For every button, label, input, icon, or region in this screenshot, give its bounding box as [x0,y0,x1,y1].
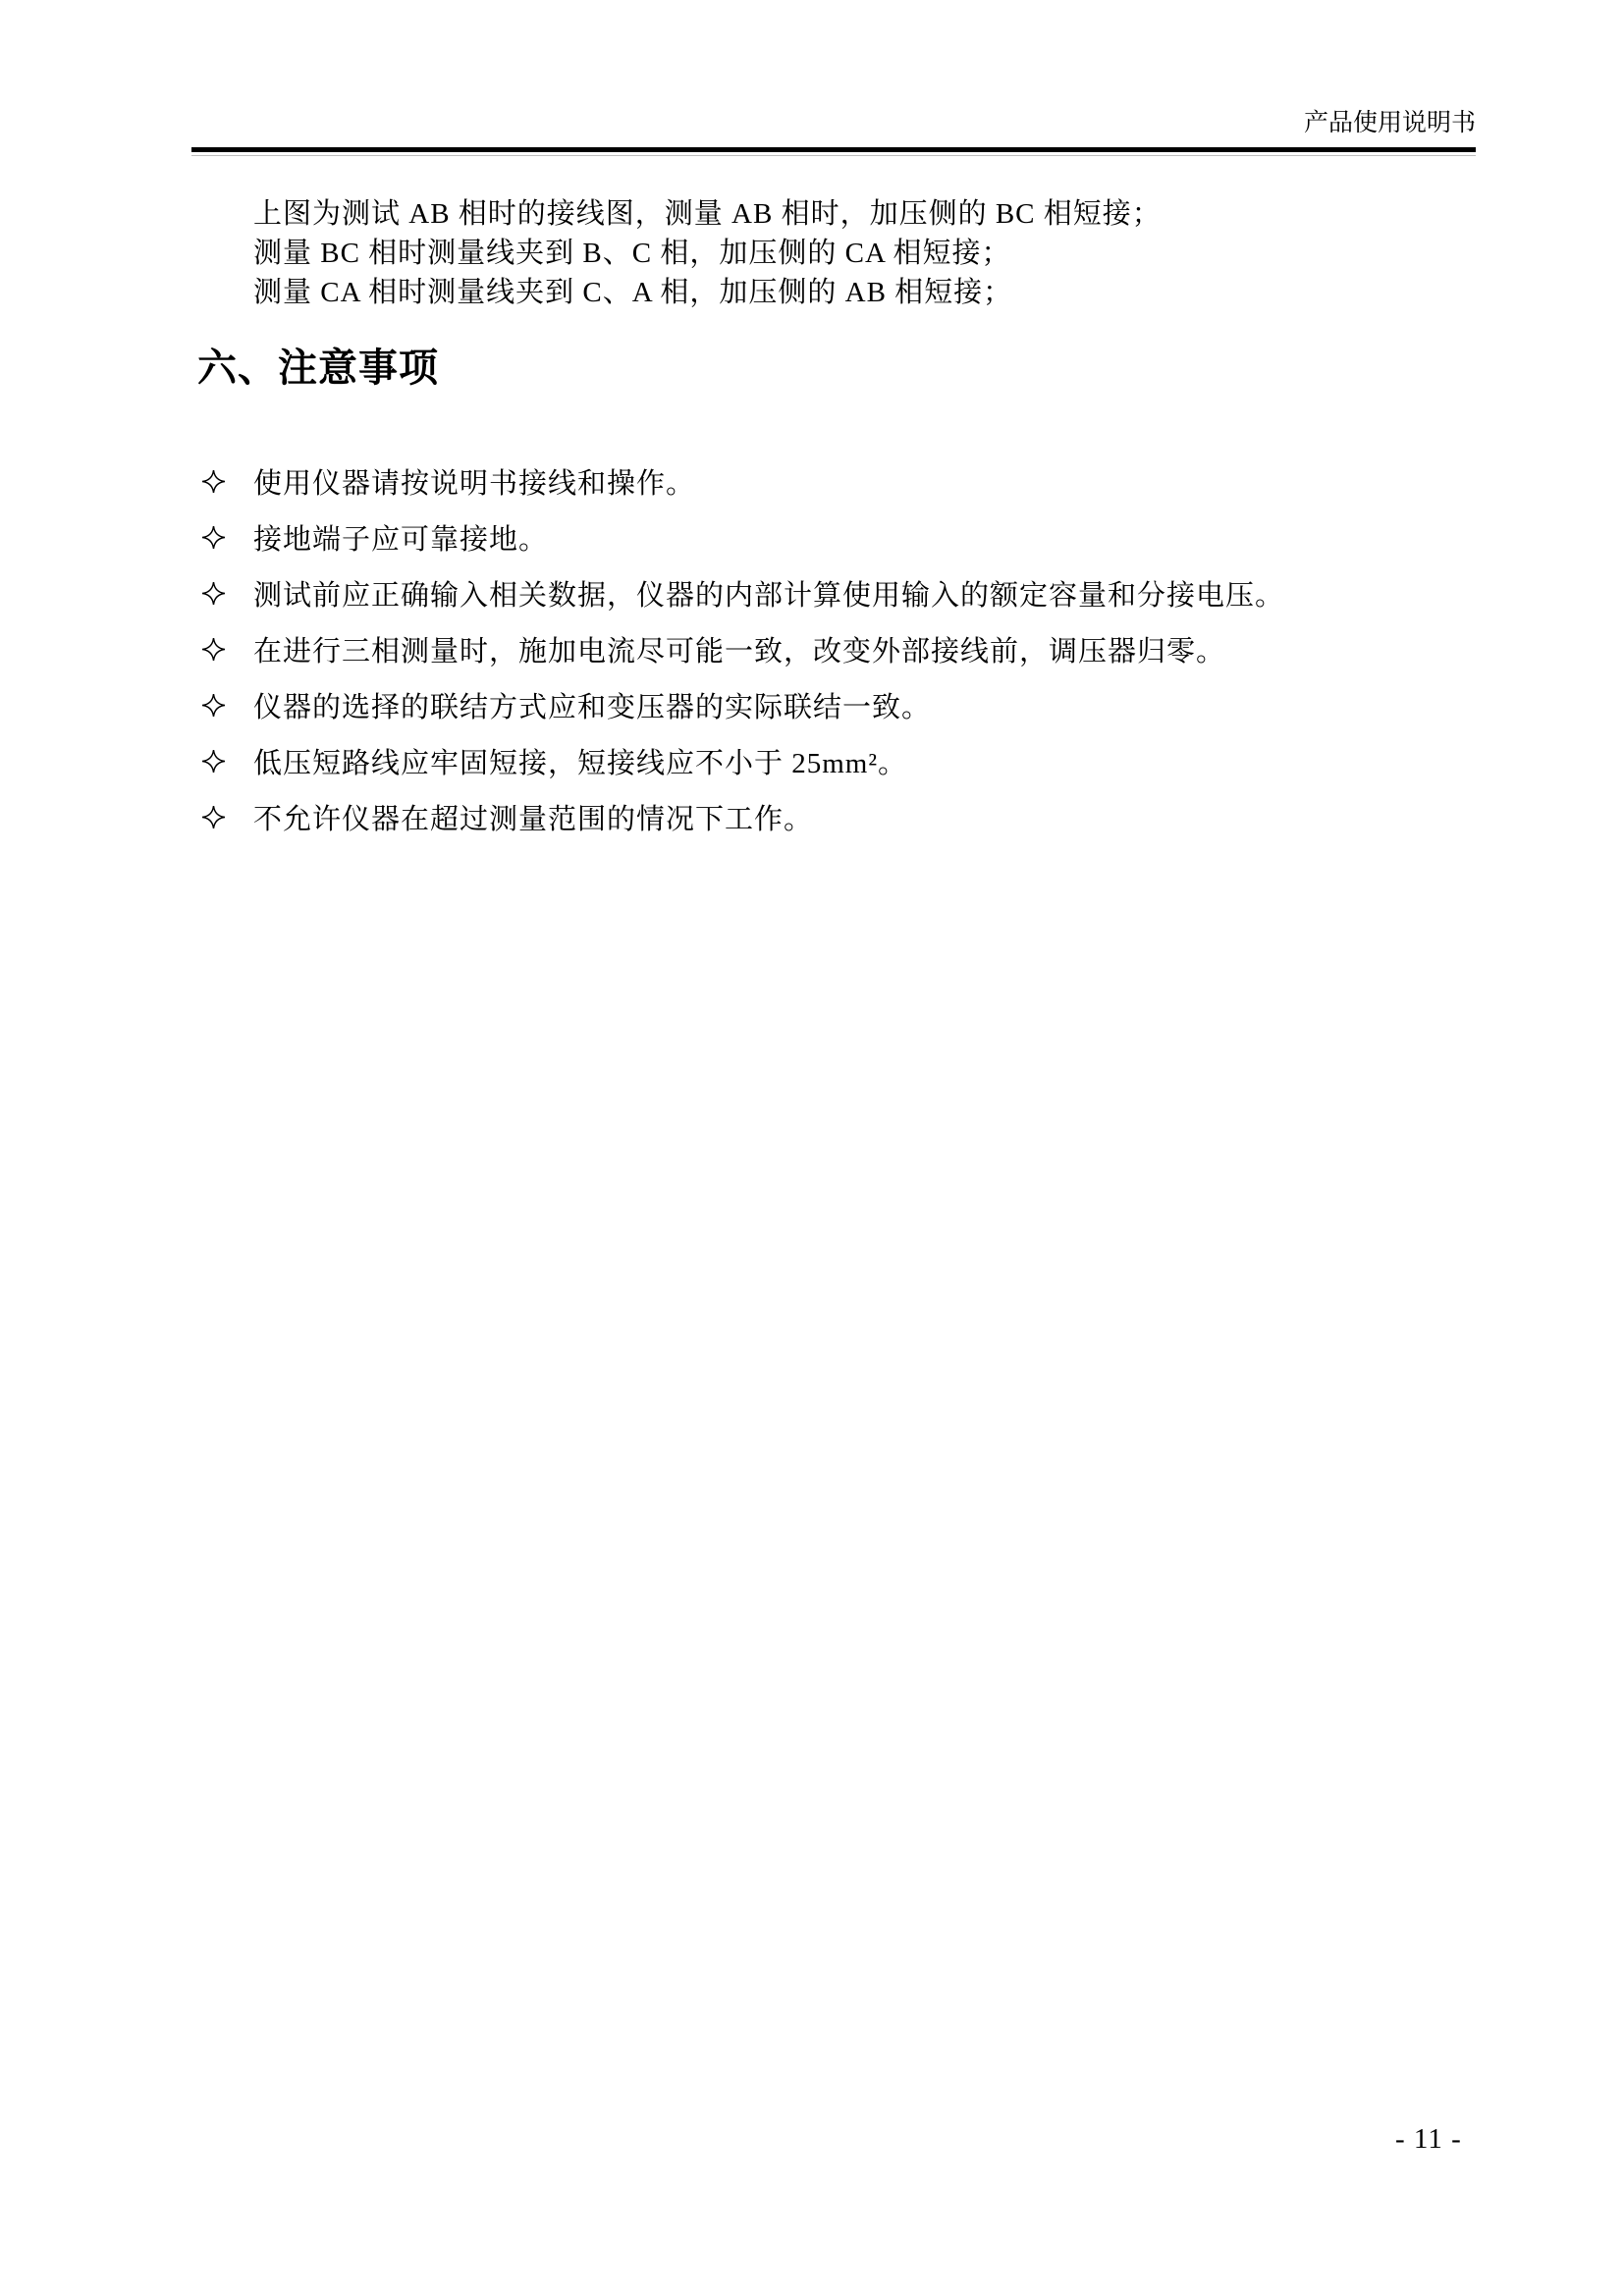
note-item: 接地端子应可靠接地。 [201,509,1284,565]
four-pointed-star-bullet-icon [201,693,253,718]
four-pointed-star-bullet-icon [201,805,253,829]
intro-paragraph: 上图为测试 AB 相时的接线图，测量 AB 相时，加压侧的 BC 相短接； 测量… [253,194,1162,312]
header-title: 产品使用说明书 [1304,110,1476,136]
note-text: 使用仪器请按说明书接线和操作。 [253,461,695,502]
section-heading: 六、注意事项 [197,344,439,393]
four-pointed-star-bullet-icon [201,525,253,550]
page-number: - 11 - [1395,2123,1462,2156]
notes-list: 使用仪器请按说明书接线和操作。 接地端子应可靠接地。 测试前应正确输入相关数据，… [201,454,1284,845]
note-item: 不允许仪器在超过测量范围的情况下工作。 [201,789,1284,845]
note-text: 不允许仪器在超过测量范围的情况下工作。 [253,797,813,837]
note-item: 测试前应正确输入相关数据，仪器的内部计算使用输入的额定容量和分接电压。 [201,565,1284,621]
note-item: 使用仪器请按说明书接线和操作。 [201,454,1284,509]
note-text: 接地端子应可靠接地。 [253,517,548,558]
four-pointed-star-bullet-icon [201,749,253,774]
intro-line-1: 上图为测试 AB 相时的接线图，测量 AB 相时，加压侧的 BC 相短接； [253,194,1162,234]
note-text: 低压短路线应牢固短接，短接线应不小于 25mm²。 [253,741,907,781]
four-pointed-star-bullet-icon [201,469,253,494]
four-pointed-star-bullet-icon [201,581,253,606]
note-item: 低压短路线应牢固短接，短接线应不小于 25mm²。 [201,733,1284,789]
note-text: 仪器的选择的联结方式应和变压器的实际联结一致。 [253,685,931,725]
note-item: 在进行三相测量时，施加电流尽可能一致，改变外部接线前，调压器归零。 [201,621,1284,677]
four-pointed-star-bullet-icon [201,637,253,662]
page-header: 产品使用说明书 [191,108,1476,152]
note-text: 在进行三相测量时，施加电流尽可能一致，改变外部接线前，调压器归零。 [253,629,1225,669]
note-text: 测试前应正确输入相关数据，仪器的内部计算使用输入的额定容量和分接电压。 [253,573,1284,614]
intro-line-2: 测量 BC 相时测量线夹到 B、C 相，加压侧的 CA 相短接； [253,234,1162,273]
intro-line-3: 测量 CA 相时测量线夹到 C、A 相，加压侧的 AB 相短接； [253,273,1162,312]
document-page: 产品使用说明书 上图为测试 AB 相时的接线图，测量 AB 相时，加压侧的 BC… [0,0,1624,2296]
note-item: 仪器的选择的联结方式应和变压器的实际联结一致。 [201,677,1284,733]
